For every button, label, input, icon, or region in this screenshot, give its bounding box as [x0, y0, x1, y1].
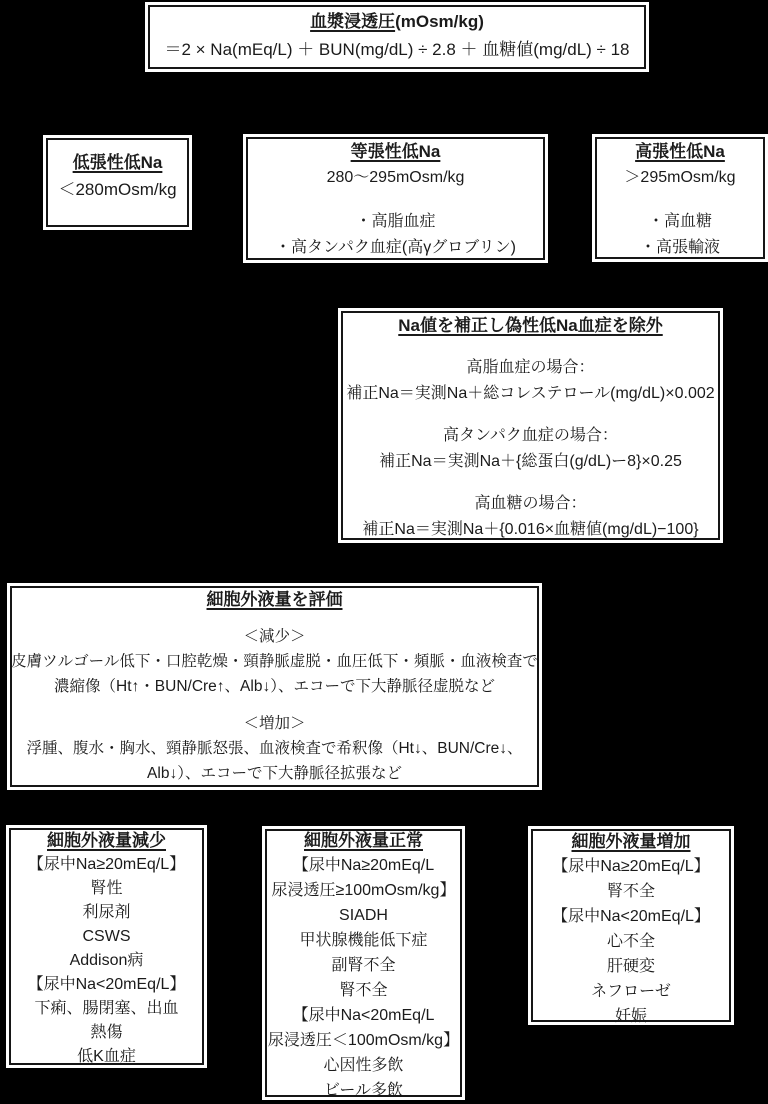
box-title: 細胞外液量増加 [528, 829, 734, 854]
text-line: 【尿中Na<20mEq/L】 [6, 973, 207, 997]
title-underlined: 細胞外液量正常 [304, 831, 423, 850]
text-line: ＜減少＞ [7, 624, 542, 649]
text-line: ビール多飲 [262, 1078, 465, 1103]
plasma-osmolality-box: 血漿浸透圧(mOsm/kg) ＝2 × Na(mEq/L) ＋ BUN(mg/d… [145, 2, 649, 72]
box-lines: 280〜295mOsm/kg ・高脂血症・高タンパク血症(高γグロブリン) [243, 165, 548, 261]
box-lines: 【尿中Na≥20mEq/L】腎性利尿剤CSWSAddison病【尿中Na<20m… [6, 853, 207, 1069]
text-line: ・高血糖 [592, 209, 768, 235]
text-line: 高血糖の場合： [338, 491, 723, 517]
box-title: 細胞外液量減少 [6, 828, 207, 853]
text-line: 【尿中Na<20mEq/L】 [528, 904, 734, 929]
text-line: 【尿中Na≥20mEq/L [262, 853, 465, 878]
box-lines: ＜減少＞皮膚ツルゴール低下・口腔乾燥・頸静脈虚脱・血圧低下・頻脈・血液検査で濃縮… [7, 612, 542, 786]
box-title: 等張性低Na [243, 139, 548, 165]
text-line: 補正Na＝実測Na＋総コレステロール(mg/dL)×0.002 [338, 381, 723, 407]
box-title: Na値を補正し偽性低Na血症を除外 [338, 312, 723, 339]
text-line [243, 191, 548, 209]
flowchart-canvas: 血漿浸透圧(mOsm/kg) ＝2 × Na(mEq/L) ＋ BUN(mg/d… [0, 0, 768, 1104]
box-lines: ＞295mOsm/kg ・高血糖・高張輸液 [592, 165, 768, 261]
text-line: 皮膚ツルゴール低下・口腔乾燥・頸静脈虚脱・血圧低下・頻脈・血液検査で [7, 649, 542, 674]
text-line [338, 475, 723, 491]
text-line: ・高タンパク血症(高γグロブリン) [243, 235, 548, 261]
text-line: 心因性多飲 [262, 1053, 465, 1078]
text-line [7, 612, 542, 624]
text-line: 280〜295mOsm/kg [243, 165, 548, 191]
text-line: 【尿中Na<20mEq/L [262, 1003, 465, 1028]
text-line: 補正Na＝実測Na＋{0.016×血糖値(mg/dL)−100} [338, 517, 723, 543]
text-line: 浮腫、腹水・胸水、頸静脈怒張、血液検査で希釈像（Ht↓、BUN/Cre↓、 [7, 736, 542, 761]
box-lines: ＜280mOsm/kg [43, 176, 192, 204]
text-line: 甲状腺機能低下症 [262, 928, 465, 953]
text-line: 下痢、腸閉塞、出血 [6, 997, 207, 1021]
hypertonic-hyponatremia-box: 高張性低Na ＞295mOsm/kg ・高血糖・高張輸液 [592, 134, 768, 262]
text-line: 高タンパク血症の場合： [338, 423, 723, 449]
text-line: ＝2 × Na(mEq/L) ＋ BUN(mg/dL) ÷ 2.8 ＋ 血糖値(… [145, 35, 649, 65]
text-line: 腎性 [6, 877, 207, 901]
text-line: SIADH [262, 903, 465, 928]
text-line: ・高張輸液 [592, 235, 768, 261]
text-line: 【尿中Na≥20mEq/L】 [528, 854, 734, 879]
text-line: Addison病 [6, 949, 207, 973]
text-line [7, 699, 542, 711]
hypotonic-hyponatremia-box: 低張性低Na ＜280mOsm/kg [43, 135, 192, 230]
text-line: CSWS [6, 925, 207, 949]
text-line: 【尿中Na≥20mEq/L】 [6, 853, 207, 877]
text-line: Alb↓）、エコーで下大静脈径拡張など [7, 761, 542, 786]
title-underlined: 細胞外液量を評価 [207, 590, 343, 609]
text-line: 副腎不全 [262, 953, 465, 978]
text-line: 補正Na＝実測Na＋{総蛋白(g/dL)ー8}×0.25 [338, 449, 723, 475]
title-underlined: Na値を補正し偽性低Na血症を除外 [398, 316, 662, 335]
text-line: 高脂血症の場合： [338, 355, 723, 381]
box-lines: 【尿中Na≥20mEq/L】腎不全【尿中Na<20mEq/L】心不全肝硬変ネフロ… [528, 854, 734, 1029]
title-underlined: 低張性低Na [73, 153, 163, 172]
text-line: ＜280mOsm/kg [43, 176, 192, 204]
box-title: 細胞外液量正常 [262, 828, 465, 853]
text-line: 尿浸透圧≥100mOsm/kg】 [262, 878, 465, 903]
text-line: 低K血症 [6, 1045, 207, 1069]
box-lines: 【尿中Na≥20mEq/L尿浸透圧≥100mOsm/kg】SIADH甲状腺機能低… [262, 853, 465, 1103]
title-underlined: 細胞外液量増加 [572, 832, 691, 851]
text-line: 熱傷 [6, 1021, 207, 1045]
text-line: 肝硬変 [528, 954, 734, 979]
text-line: 腎不全 [262, 978, 465, 1003]
title-rest: (mOsm/kg) [395, 12, 484, 31]
box-lines: ＝2 × Na(mEq/L) ＋ BUN(mg/dL) ÷ 2.8 ＋ 血糖値(… [145, 35, 649, 65]
box-title: 血漿浸透圧(mOsm/kg) [145, 9, 649, 35]
text-line: ＞295mOsm/kg [592, 165, 768, 191]
ecf-normal-box: 細胞外液量正常 【尿中Na≥20mEq/L尿浸透圧≥100mOsm/kg】SIA… [262, 826, 465, 1100]
text-line: 腎不全 [528, 879, 734, 904]
title-underlined: 細胞外液量減少 [47, 831, 166, 850]
text-line [338, 407, 723, 423]
text-line: ＜増加＞ [7, 711, 542, 736]
title-underlined: 等張性低Na [351, 142, 441, 161]
text-line: 尿浸透圧＜100mOsm/kg】 [262, 1028, 465, 1053]
text-line: 利尿剤 [6, 901, 207, 925]
text-line [592, 191, 768, 209]
text-line [338, 339, 723, 355]
ecf-decreased-box: 細胞外液量減少 【尿中Na≥20mEq/L】腎性利尿剤CSWSAddison病【… [6, 825, 207, 1068]
text-line: 妊娠 [528, 1004, 734, 1029]
text-line: ネフローゼ [528, 979, 734, 1004]
text-line: 心不全 [528, 929, 734, 954]
box-title: 高張性低Na [592, 139, 768, 165]
na-correction-box: Na値を補正し偽性低Na血症を除外 高脂血症の場合：補正Na＝実測Na＋総コレス… [338, 308, 723, 543]
text-line: ・高脂血症 [243, 209, 548, 235]
title-underlined: 血漿浸透圧 [310, 12, 395, 31]
ecf-volume-assessment-box: 細胞外液量を評価 ＜減少＞皮膚ツルゴール低下・口腔乾燥・頸静脈虚脱・血圧低下・頻… [7, 583, 542, 790]
box-lines: 高脂血症の場合：補正Na＝実測Na＋総コレステロール(mg/dL)×0.002 … [338, 339, 723, 543]
isotonic-hyponatremia-box: 等張性低Na 280〜295mOsm/kg ・高脂血症・高タンパク血症(高γグロ… [243, 134, 548, 263]
title-underlined: 高張性低Na [635, 142, 725, 161]
ecf-increased-box: 細胞外液量増加 【尿中Na≥20mEq/L】腎不全【尿中Na<20mEq/L】心… [528, 826, 734, 1025]
box-title: 低張性低Na [43, 150, 192, 176]
